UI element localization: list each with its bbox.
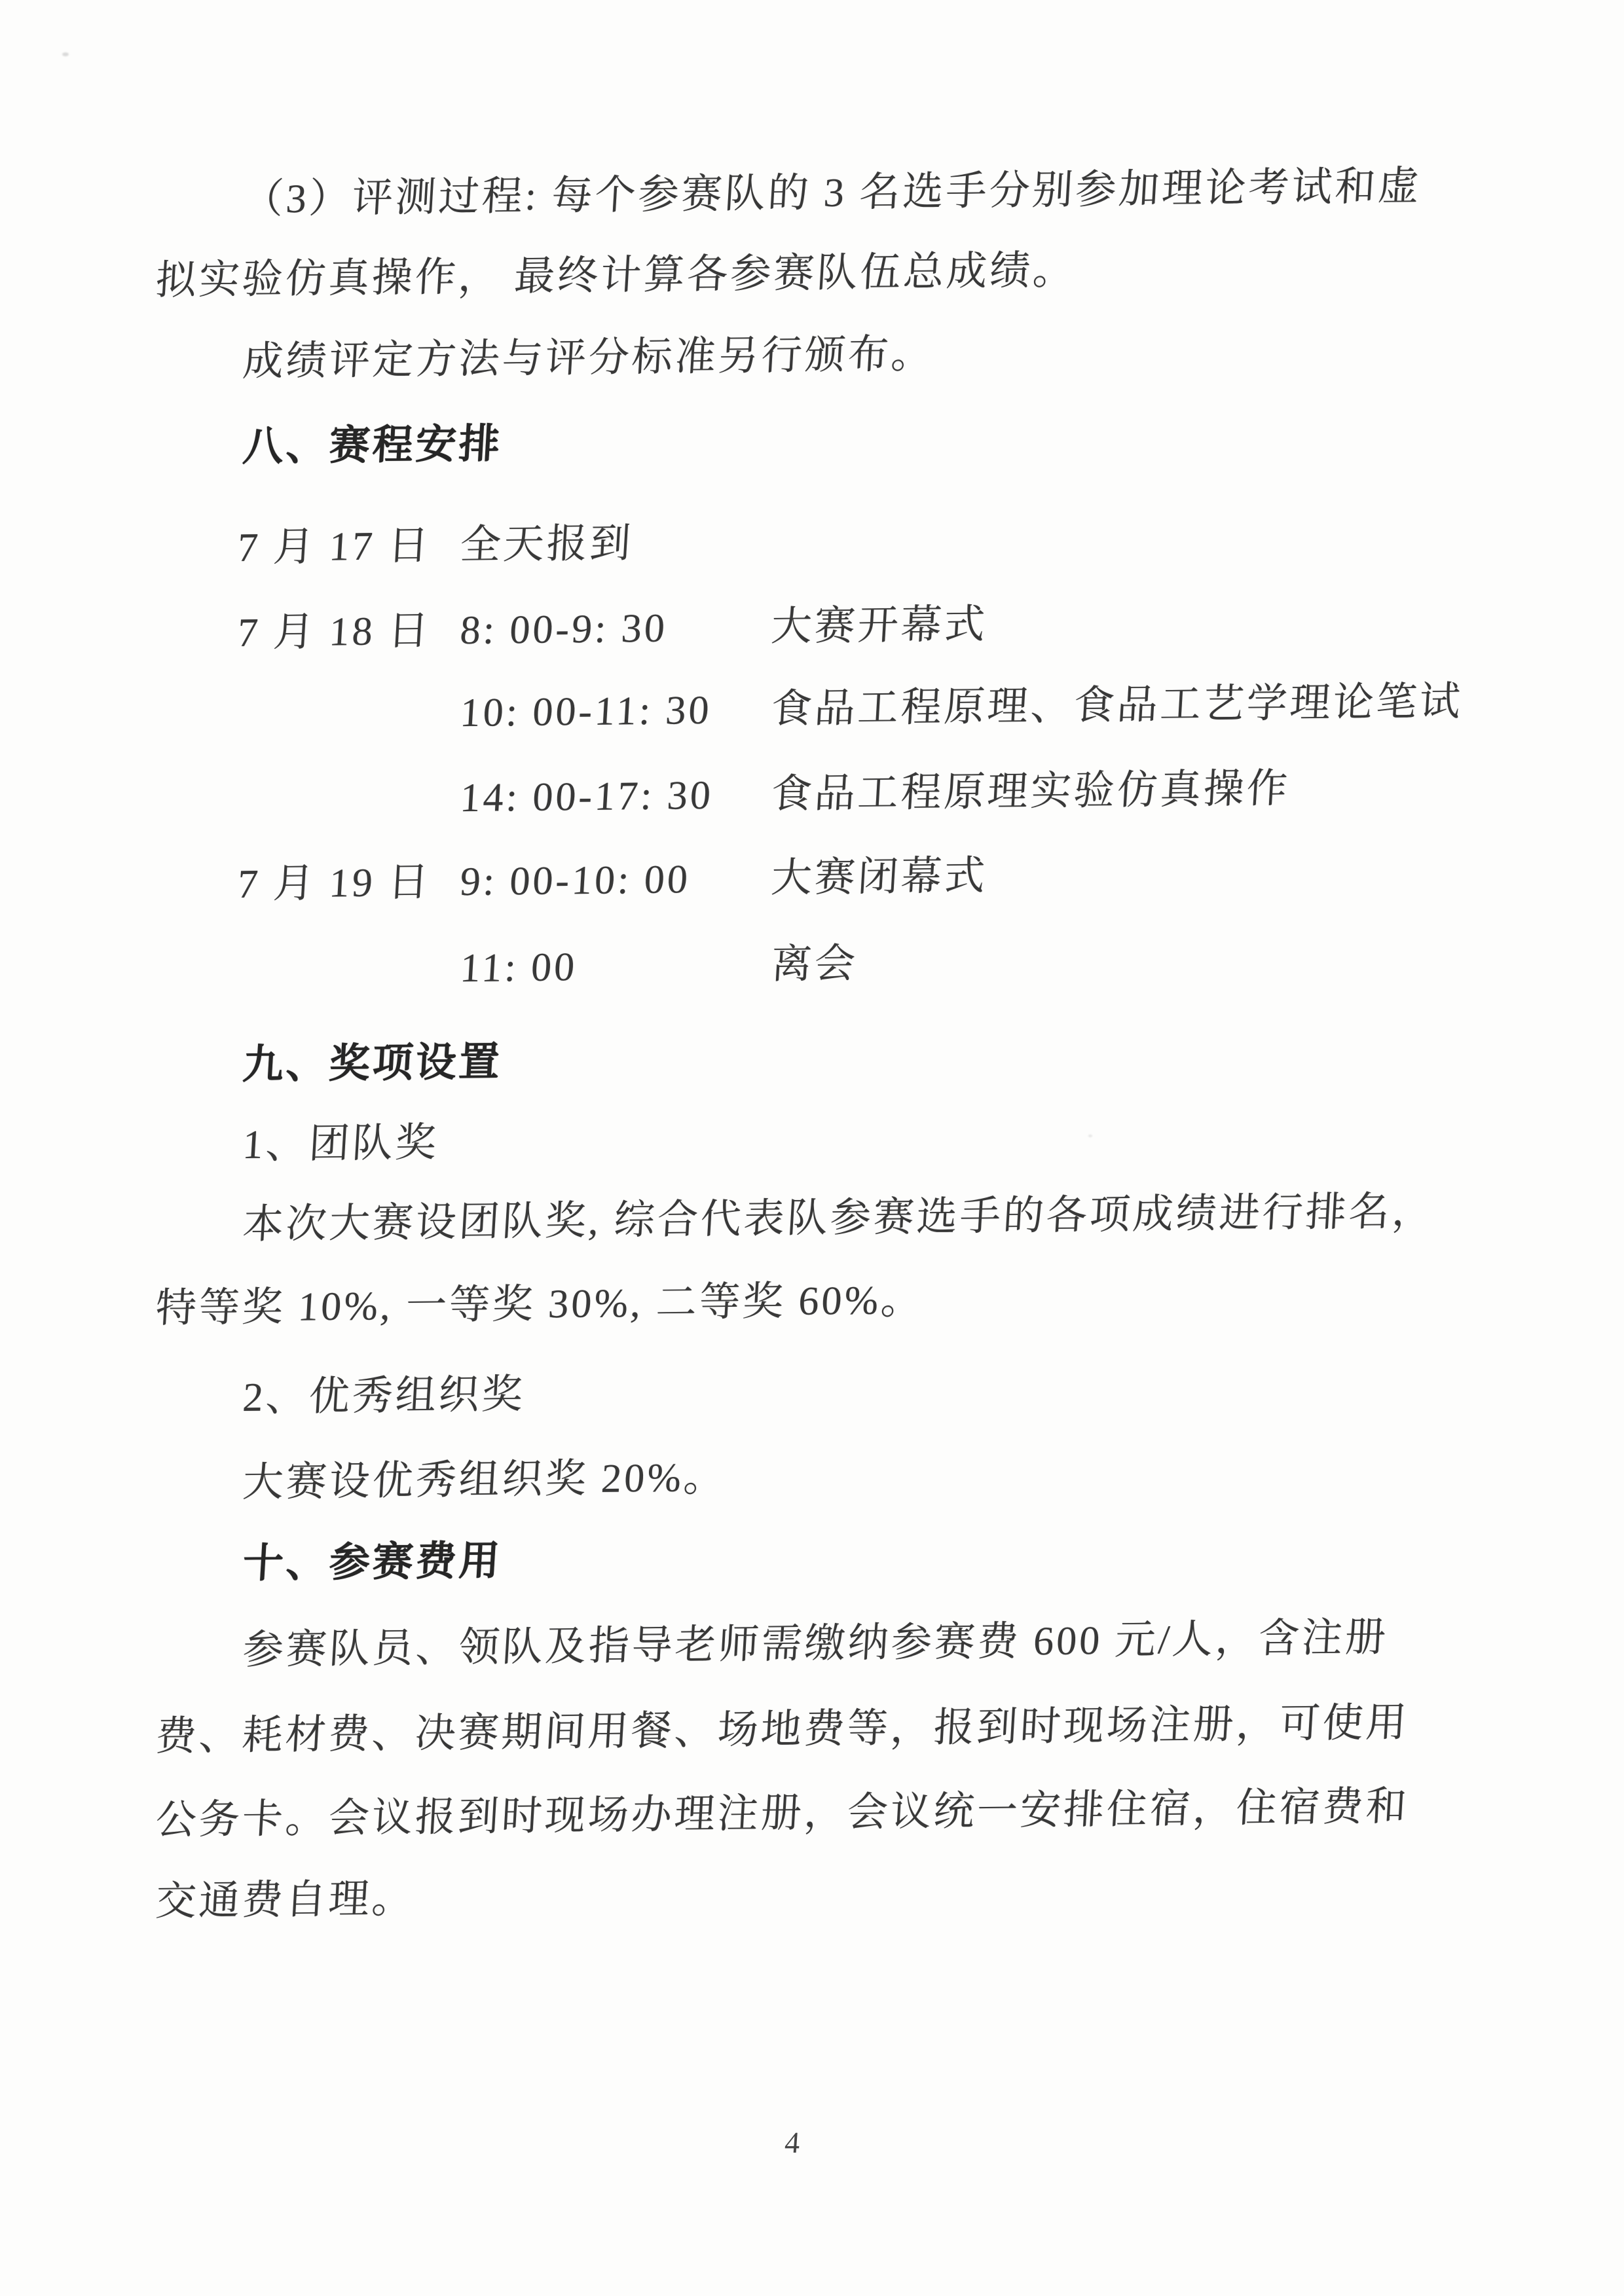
fees-line4: 交通费自理。 — [155, 1875, 416, 1927]
scan-speck — [1088, 1135, 1092, 1137]
section-heading-fees: 十、参赛费用 — [242, 1537, 504, 1589]
schedule-row: 11: 00离会 — [236, 939, 859, 995]
evaluation-process-line2: 拟实验仿真操作， 最终计算各参赛队伍总成绩。 — [155, 246, 1078, 305]
schedule-time: 全天报到 — [459, 518, 773, 570]
schedule-row: 7 月 17 日全天报到 — [236, 518, 773, 573]
section-heading-schedule: 八、赛程安排 — [242, 420, 504, 472]
page-number: 4 — [745, 2125, 840, 2160]
fees-line2: 费、耗材费、决赛期间用餐、场地费等，报到时现场注册，可使用 — [155, 1698, 1411, 1761]
document-page: （3）评测过程: 每个参赛队的 3 名选手分别参加理论考试和虚 拟实验仿真操作，… — [0, 0, 1624, 2296]
schedule-row: 10: 00-11: 30食品工程原理、食品工艺学理论笔试 — [236, 678, 1464, 740]
schedule-event: 食品工程原理、食品工艺学理论笔试 — [770, 678, 1464, 734]
schedule-time: 9: 00-10: 00 — [459, 854, 773, 907]
schedule-event: 大赛开幕式 — [770, 600, 989, 651]
grading-note: 成绩评定方法与评分标准另行颁布。 — [242, 330, 936, 386]
section-heading-awards: 九、奖项设置 — [242, 1038, 504, 1090]
schedule-time: 11: 00 — [459, 941, 773, 993]
scan-speck — [62, 52, 69, 56]
team-award-title: 1、团队奖 — [242, 1119, 440, 1170]
schedule-time: 8: 00-9: 30 — [459, 603, 773, 655]
schedule-row: 14: 00-17: 30食品工程原理实验仿真操作 — [236, 765, 1291, 826]
schedule-date: 7 月 18 日 — [236, 606, 462, 657]
schedule-time: 14: 00-17: 30 — [459, 771, 773, 823]
schedule-row: 7 月 19 日9: 00-10: 00大赛闭幕式 — [236, 852, 989, 909]
org-award-text: 大赛设优秀组织奖 20%。 — [242, 1453, 728, 1508]
team-award-line2: 特等奖 10%, 一等奖 30%, 二等奖 60%。 — [155, 1276, 926, 1334]
schedule-event: 大赛闭幕式 — [770, 852, 989, 903]
team-award-line1: 本次大赛设团队奖, 综合代表队参赛选手的各项成绩进行排名， — [242, 1187, 1437, 1249]
schedule-date — [239, 689, 462, 691]
schedule-time: 10: 00-11: 30 — [459, 685, 773, 738]
schedule-date: 7 月 17 日 — [236, 521, 462, 572]
schedule-date — [239, 944, 462, 947]
schedule-event: 食品工程原理实验仿真操作 — [770, 765, 1291, 819]
fees-line1: 参赛队员、领队及指导老师需缴纳参赛费 600 元/人，含注册 — [242, 1613, 1390, 1675]
fees-line3: 公务卡。会议报到时现场办理注册，会议统一安排住宿，住宿费和 — [155, 1782, 1411, 1845]
evaluation-process-line1: （3）评测过程: 每个参赛队的 3 名选手分别参加理论考试和虚 — [242, 162, 1423, 225]
schedule-event: 离会 — [770, 939, 859, 989]
schedule-date: 7 月 19 日 — [236, 858, 462, 909]
schedule-row: 7 月 18 日8: 00-9: 30大赛开幕式 — [236, 600, 989, 657]
schedule-date — [239, 774, 462, 776]
org-award-title: 2、优秀组织奖 — [242, 1370, 526, 1422]
